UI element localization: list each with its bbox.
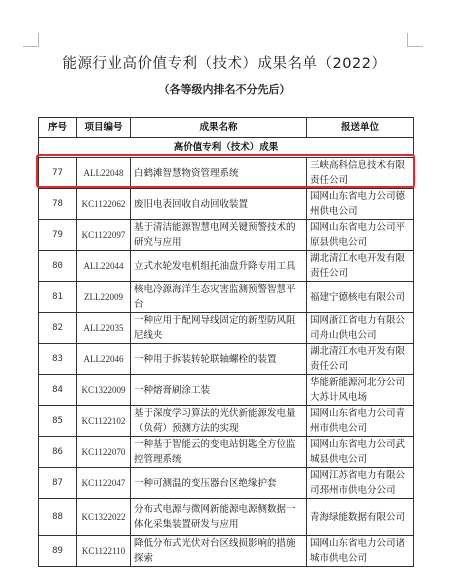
row-index: 87 xyxy=(39,468,77,499)
row-index: 81 xyxy=(39,282,77,313)
row-index: 83 xyxy=(39,344,77,375)
section-label: 高价值专利（技术）成果 xyxy=(39,138,414,158)
table-row: 80 ALL22044 立式水轮发电机组托油盘升降专用工具 湖北清江水电开发有限… xyxy=(39,251,414,282)
row-org: 青海绿能数据有限公司 xyxy=(307,499,414,536)
row-name: 基于深度学习算法的光伏新能源发电量（负荷）预测方法的实现 xyxy=(131,406,307,437)
row-org: 福建宁德核电有限公司 xyxy=(307,282,414,313)
table-row: 86 KC1122070 一种基于智能云的变电站钥匙全方位监控管理系统 国网山东… xyxy=(39,437,414,468)
table-row: 89 KC1122110 降低分布式光伏对台区线损影响的措施探索 国网山东省电力… xyxy=(39,536,414,567)
row-org: 湖北清江水电开发有限责任公司 xyxy=(307,344,414,375)
document-subtitle: （各等级内排名不分先后） xyxy=(0,81,449,97)
row-index: 89 xyxy=(39,536,77,567)
row-code: ALL22035 xyxy=(77,313,131,344)
row-index: 80 xyxy=(39,251,77,282)
row-index: 85 xyxy=(39,406,77,437)
page-corner-mark-top-left xyxy=(23,33,39,47)
row-code: KC1122097 xyxy=(77,220,131,251)
row-index: 77 xyxy=(39,158,77,189)
row-code: KC1122070 xyxy=(77,437,131,468)
row-org: 国网浙江省电力有限公司舟山供电公司 xyxy=(307,313,414,344)
row-code: KC1322022 xyxy=(77,499,131,536)
row-org: 国网山东省电力公司诸城市供电公司 xyxy=(307,536,414,567)
header-name: 成果名称 xyxy=(131,118,307,138)
row-code: ALL22046 xyxy=(77,344,131,375)
table-row: 77 ALL22048 白鹤滩智慧物资管理系统 三峡高科信息技术有限责任公司 xyxy=(39,158,414,189)
row-org: 国网江苏省电力有限公司邳州市供电分公司 xyxy=(307,468,414,499)
row-index: 82 xyxy=(39,313,77,344)
table-row: 82 ALL22035 一种应用于配网导线固定的新型防风阻尼线夹 国网浙江省电力… xyxy=(39,313,414,344)
row-name: 核电冷源海洋生态灾害监测预警智慧平台 xyxy=(131,282,307,313)
table-row: 83 ALL22046 一种用于拆装转轮联轴螺栓的装置 湖北清江水电开发有限责任… xyxy=(39,344,414,375)
row-index: 84 xyxy=(39,375,77,406)
results-table: 序号 项目编号 成果名称 报送单位 高价值专利（技术）成果 77 ALL2204… xyxy=(38,117,414,567)
row-org: 国网山东省电力公司青州市供电公司 xyxy=(307,406,414,437)
row-code: KC1122062 xyxy=(77,189,131,220)
document-title: 能源行业高价值专利（技术）成果名单（2022） xyxy=(0,52,449,73)
row-name: 废旧电表回收自动回收装置 xyxy=(131,189,307,220)
row-org: 国网山东省电力公司平原县供电公司 xyxy=(307,220,414,251)
row-org: 国网山东省电力公司武城县供电公司 xyxy=(307,437,414,468)
row-index: 78 xyxy=(39,189,77,220)
table-row: 88 KC1322022 分布式电源与微网新能源电源侧数据一体化采集装置研发与应… xyxy=(39,499,414,536)
row-name: 一种熔膏刷涂工装 xyxy=(131,375,307,406)
header-code: 项目编号 xyxy=(77,118,131,138)
row-name: 一种用于拆装转轮联轴螺栓的装置 xyxy=(131,344,307,375)
row-code: KC1122110 xyxy=(77,536,131,567)
header-org: 报送单位 xyxy=(307,118,414,138)
row-index: 79 xyxy=(39,220,77,251)
row-index: 86 xyxy=(39,437,77,468)
table-row: 85 KC1122102 基于深度学习算法的光伏新能源发电量（负荷）预测方法的实… xyxy=(39,406,414,437)
table-row: 78 KC1122062 废旧电表回收自动回收装置 国网山东省电力公司德州供电公… xyxy=(39,189,414,220)
row-org: 三峡高科信息技术有限责任公司 xyxy=(307,158,414,189)
row-index: 88 xyxy=(39,499,77,536)
row-name: 一种可测温的变压器台区绝缘护套 xyxy=(131,468,307,499)
header-index: 序号 xyxy=(39,118,77,138)
row-name: 基于清洁能源智慧电网关键预警技术的研究与应用 xyxy=(131,220,307,251)
row-code: ZLL22009 xyxy=(77,282,131,313)
row-code: ALL22044 xyxy=(77,251,131,282)
table-row: 81 ZLL22009 核电冷源海洋生态灾害监测预警智慧平台 福建宁德核电有限公… xyxy=(39,282,414,313)
row-name: 一种应用于配网导线固定的新型防风阻尼线夹 xyxy=(131,313,307,344)
row-code: KC1322009 xyxy=(77,375,131,406)
row-code: KC1122102 xyxy=(77,406,131,437)
row-org: 国网山东省电力公司德州供电公司 xyxy=(307,189,414,220)
table-header-row: 序号 项目编号 成果名称 报送单位 xyxy=(39,118,414,138)
section-row: 高价值专利（技术）成果 xyxy=(39,138,414,158)
page-corner-mark-top-right xyxy=(407,33,423,47)
row-name: 一种基于智能云的变电站钥匙全方位监控管理系统 xyxy=(131,437,307,468)
row-name: 白鹤滩智慧物资管理系统 xyxy=(131,158,307,189)
row-code: KC1122047 xyxy=(77,468,131,499)
table-row: 87 KC1122047 一种可测温的变压器台区绝缘护套 国网江苏省电力有限公司… xyxy=(39,468,414,499)
table-row: 79 KC1122097 基于清洁能源智慧电网关键预警技术的研究与应用 国网山东… xyxy=(39,220,414,251)
row-org: 华能新能源河北分公司大苏计风电场 xyxy=(307,375,414,406)
row-code: ALL22048 xyxy=(77,158,131,189)
row-name: 降低分布式光伏对台区线损影响的措施探索 xyxy=(131,536,307,567)
table-row: 84 KC1322009 一种熔膏刷涂工装 华能新能源河北分公司大苏计风电场 xyxy=(39,375,414,406)
row-name: 分布式电源与微网新能源电源侧数据一体化采集装置研发与应用 xyxy=(131,499,307,536)
row-name: 立式水轮发电机组托油盘升降专用工具 xyxy=(131,251,307,282)
row-org: 湖北清江水电开发有限责任公司 xyxy=(307,251,414,282)
